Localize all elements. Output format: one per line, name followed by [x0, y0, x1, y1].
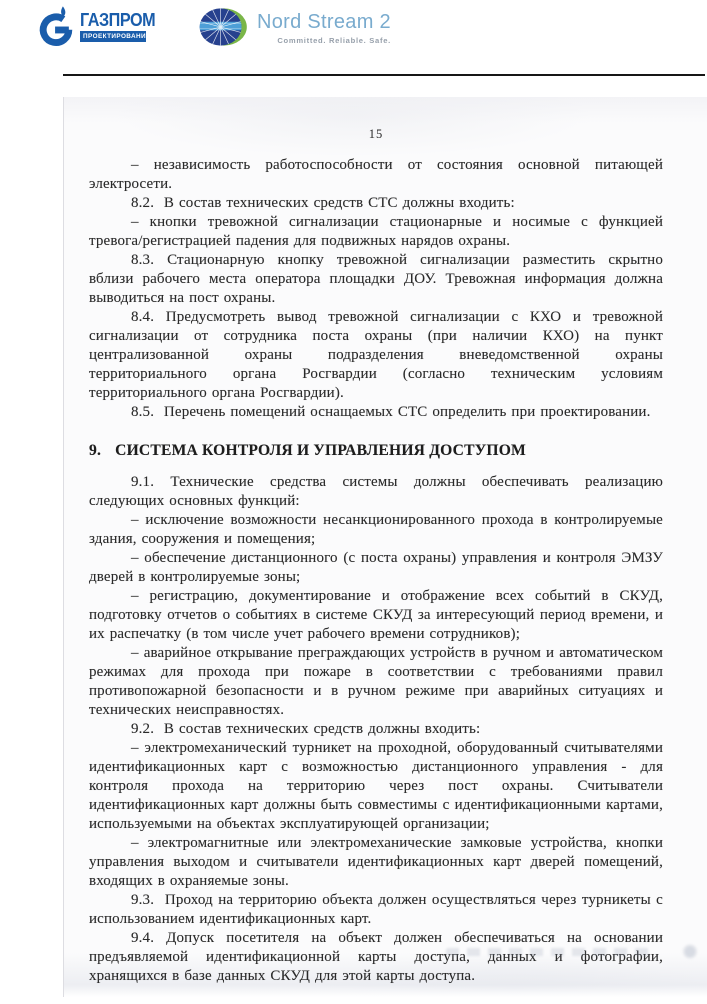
paragraph: 8.2. В состав технических средств СТС до… [89, 194, 663, 213]
nordstream-wordmark: Nord Stream 2 [257, 11, 391, 33]
paragraph: 9.3. Проход на территорию объекта должен… [89, 891, 663, 929]
section-heading: 9.СИСТЕМА КОНТРОЛЯ И УПРАВЛЕНИЯ ДОСТУПОМ [89, 441, 663, 460]
paragraph: – исключение возможности несанкционирова… [89, 511, 663, 549]
paragraph: – регистрацию, документирование и отобра… [89, 587, 663, 644]
paragraph: – аварийное открывание преграждающих уст… [89, 644, 663, 720]
nordstream-tagline: Committed. Reliable. Safe. [277, 36, 391, 45]
paragraph: 8.4. Предусмотреть вывод тревожной сигна… [89, 308, 663, 403]
paragraph: – обеспечение дистанционного (с поста ох… [89, 549, 663, 587]
document-body: – независимость работоспособности от сос… [89, 156, 663, 986]
paragraph: – электромагнитные или электромеханическ… [89, 834, 663, 891]
paragraph: 8.3. Стационарную кнопку тревожной сигна… [89, 251, 663, 308]
gazprom-subtitle: ПРОЕКТИРОВАНИЕ [80, 31, 146, 42]
nordstream-logo: Nord Stream 2 Committed. Reliable. Safe. [197, 7, 391, 47]
letterhead: ГАЗПРОМ ПРОЕКТИРОВАНИЕ [0, 0, 707, 74]
paragraph: – кнопки тревожной сигнализации стациона… [89, 213, 663, 251]
gazprom-flame-icon [34, 5, 78, 49]
paragraph: 8.5. Перечень помещений оснащаемых СТС о… [89, 403, 663, 422]
paragraph: 9.2. В состав технических средств должны… [89, 720, 663, 739]
paragraph: – электромеханический турникет на проход… [89, 739, 663, 834]
faint-stamp [446, 948, 652, 956]
globe-icon [197, 7, 249, 47]
paragraph: – независимость работоспособности от сос… [89, 156, 663, 194]
paragraph: 9.4. Допуск посетителя на объект должен … [89, 929, 663, 986]
document-scan: 15 – независимость работоспособности от … [63, 97, 707, 997]
header-divider [63, 74, 705, 76]
paragraph: 9.1. Технические средства системы должны… [89, 473, 663, 511]
faint-smudge [682, 944, 698, 959]
gazprom-wordmark: ГАЗПРОМ [80, 11, 155, 29]
gazprom-logo: ГАЗПРОМ ПРОЕКТИРОВАНИЕ [34, 5, 164, 49]
page-number: 15 [89, 127, 663, 142]
